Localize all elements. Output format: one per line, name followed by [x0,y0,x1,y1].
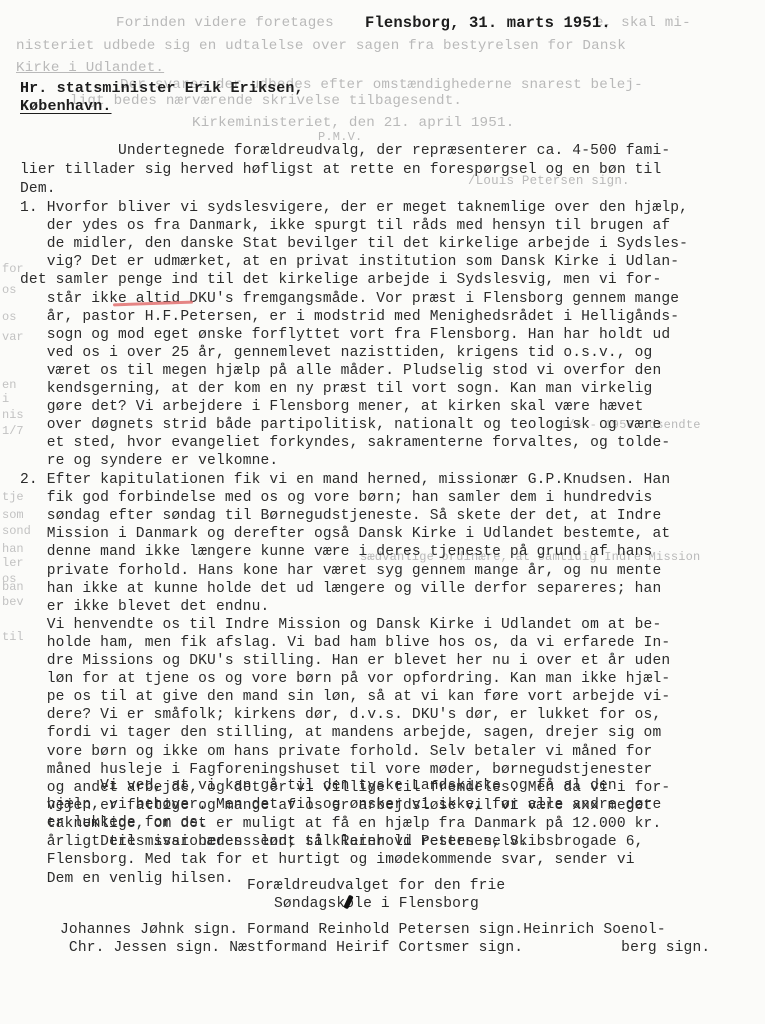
margin-fragment: os [2,283,16,297]
text-line: sogn og mod eget ønske forflyttet vort f… [20,327,670,343]
margin-fragment: os [2,310,16,324]
text-line: fordi vi tager den stilling, at mandens … [20,725,661,741]
text-line: år, pastor H.F.Petersen, er i modstrid m… [20,309,679,325]
text-line: kendsgerning, at der kom en ny præst til… [20,381,652,397]
text-line: private forhold. Hans kone har været syg… [20,563,661,579]
place-date: Flensborg, 31. marts 1951. [365,14,611,32]
text-line: fik god forbindelse med os og vore børn;… [20,490,652,506]
text-line: lier tillader sig herved høfligst at ret… [20,162,661,178]
text-line: holde ham, men fik afslag. Vi bad ham bl… [20,635,670,651]
text-line: 1. Hvorfor bliver vi sydslesvigere, der … [20,200,688,216]
text-line: måned husleje i Fagforeningshuset til vo… [20,762,652,778]
text-line: været os til megen hjælp på alle måder. … [20,363,661,379]
addressee-city: København. [20,98,112,115]
text-line: det samler penge ind til det kirkelige a… [20,272,661,288]
text-line: et sted, hvor evangeliet forkyndes, sakr… [20,435,670,451]
text-line: denne mand ikke længere kunne være i der… [20,544,652,560]
text-line: dere? Vi er småfolk; kirkens dør, d.v.s.… [20,707,661,723]
text-line: re og syndere er velkomne. [20,453,278,469]
show-through-line: P.M.V. [318,130,362,144]
text-line: pe os til at give den mand sin løn, så a… [20,689,670,705]
text-line: der ydes os fra Danmark, ikke spurgt til… [20,218,670,234]
text-line: gøre det? Vi arbejdere i Flensborg mener… [20,399,644,415]
text-line: ved os i over 25 år, gennemlevet nazistt… [20,345,652,361]
text-line: han ikke at kunne holde det ud længere o… [20,581,661,597]
show-through-line: Kirke i Udlandet. [16,60,164,76]
scanned-letter-page: Forinden videre foretages e, skal mi- ni… [0,0,765,1024]
show-through-line: Kirkeministeriet, den 21. april 1951. [192,115,514,131]
org-name-line1: Forældreudvalget for den frie [247,878,505,894]
text-line: er ikke blevet det endnu. [20,599,269,615]
margin-fragment: en [2,378,16,392]
text-line: er lukkede for os. [20,815,207,831]
text-line: søndag efter søndag til Børnegudstjenest… [20,508,661,524]
text-line: Flensborg. Med tak for et hurtigt og imø… [20,852,635,868]
signers-line2: Chr. Jessen sign. Næstformand Heirif Cor… [60,940,710,956]
signers-line1: Johannes Jøhnk sign. Formand Reinhold Pe… [60,922,666,938]
margin-fragment: i [2,392,9,406]
text-line: Dem en venlig hilsen. [20,871,234,887]
text-line: Mission i Danmark og derefter også Dansk… [20,526,670,542]
text-line: Vi henvendte os til Indre Mission og Dan… [20,617,661,633]
text-line: vig? Det er udmærket, at en privat insti… [20,254,679,270]
show-through-line: Forinden videre foretages [116,15,334,31]
text-line: hjælp, vi behøver. Men det vil og ønsker… [20,797,661,813]
text-line: 2. Efter kapitulationen fik vi en mand h… [20,472,670,488]
text-line: Deres svar bedes sendt til Reinhold Pete… [20,834,644,850]
text-line: Dem. [20,181,56,197]
text-line: Undertegnede forældreudvalg, der repræse… [118,143,670,159]
text-line: Vi ved, at vi kan gå til den tyske Lands… [20,778,617,794]
text-line: dre Missions og DKU's stilling. Han er b… [20,653,670,669]
text-line: vore børn og ikke om hans private forhol… [20,744,652,760]
text-line: løn for at tjene os og vore børn på vor … [20,671,670,687]
addressee-name: Hr. statsminister Erik Eriksen, [20,80,304,97]
text-line: over døgnets strid både partipolitisk, n… [20,417,661,433]
show-through-line: nisteriet udbede sig en udtalelse over s… [16,38,626,54]
org-name-line2: Søndagskole i Flensborg [274,896,479,912]
text-line: de midler, den danske Stat bevilger til … [20,236,688,252]
